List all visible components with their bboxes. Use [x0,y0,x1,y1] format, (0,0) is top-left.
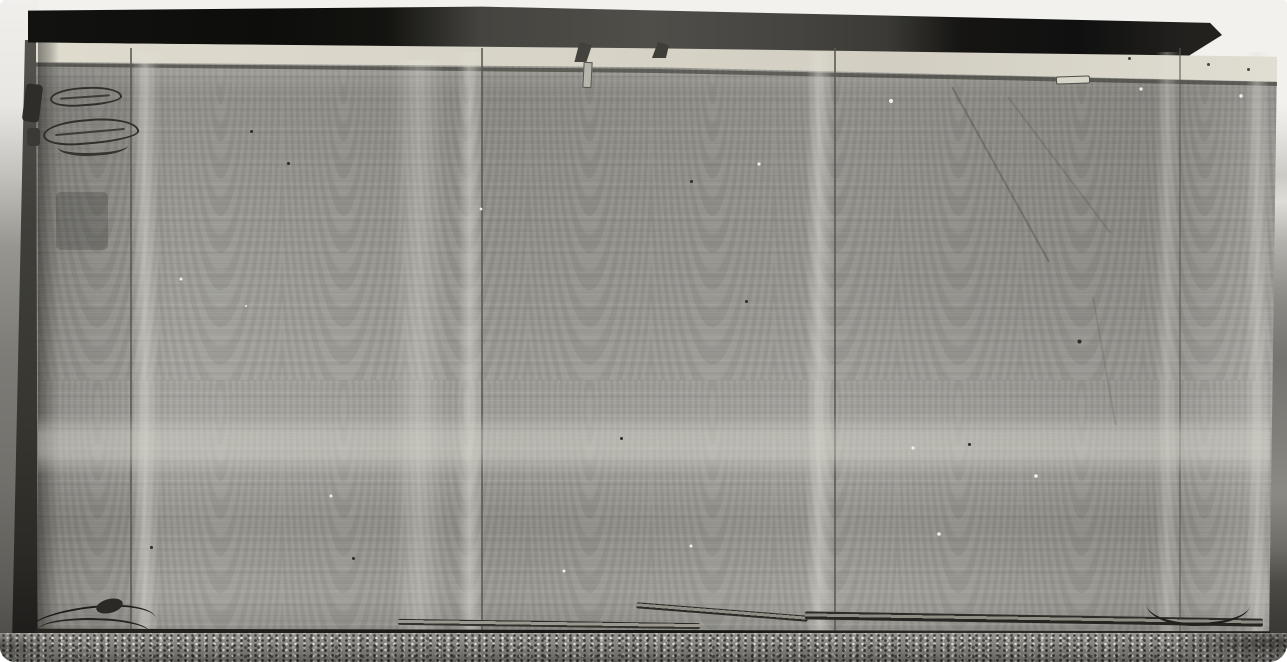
rail-nail-2 [1207,63,1210,66]
metal-tab [1056,75,1090,84]
dark-patch [56,192,108,250]
right-edge-highlight [1246,52,1270,636]
middle-light-band [38,413,1270,475]
light-streak-column [393,60,445,636]
rail-clip-left-tail [582,62,592,88]
photo [0,0,1287,662]
hinge-knob-lower [27,128,40,146]
white-specks [245,305,247,307]
plank-seam-4 [1179,48,1181,636]
plank-light-strip-3 [806,52,834,636]
rail-nail-1 [1128,57,1131,60]
floor [0,633,1287,662]
plank-seam-2 [481,48,483,636]
plank-light-strip-4 [1156,52,1180,636]
rail-nail-3 [1247,68,1250,71]
plank-seam-3 [834,48,836,636]
dark-specks [352,557,355,560]
plank-light-strip-1 [132,52,160,636]
wood-panel [36,40,1277,642]
